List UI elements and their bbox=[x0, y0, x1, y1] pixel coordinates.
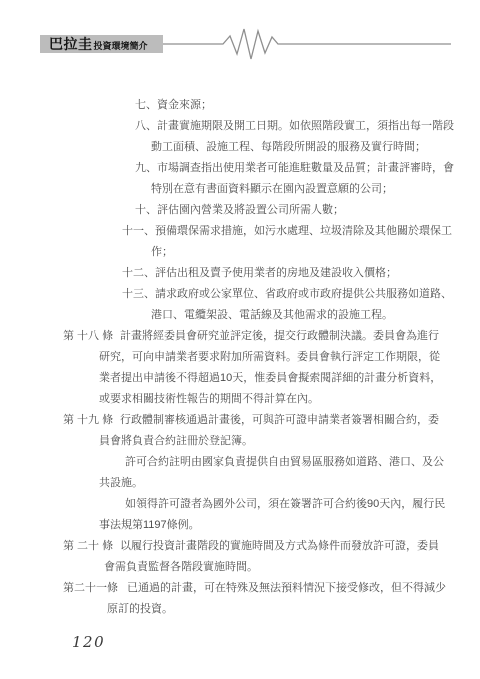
text-line: 計畫將經委員會研究並評定後，提交行政體制決議。委員會為進行 bbox=[120, 330, 439, 342]
text-line: 員會將負責合約註冊於登記簿。 bbox=[99, 431, 480, 452]
article-number: 第 十八 條 bbox=[63, 326, 120, 347]
document-page: 巴拉圭 投資環境簡介 七、資金來源； 八、計畫實施期限及開工日期。如依照階段實工… bbox=[0, 0, 480, 679]
text-line: 十、評估園內營業及將設置公司所需人數； bbox=[135, 200, 480, 221]
article-number: 第 二十 條 bbox=[63, 536, 120, 557]
text-line: 已通過的計畫，可在特殊及無法預料情況下接受修改，但不得減少 bbox=[127, 582, 446, 594]
page-header: 巴拉圭 投資環境簡介 bbox=[0, 35, 480, 55]
text-line: 會需負責監督各階段實施時間。 bbox=[104, 557, 480, 578]
text-line: 如領得許可證者為國外公司，須在簽署許可合約後90天內，履行民 bbox=[125, 494, 480, 515]
article-row: 第二十一條已通過的計畫，可在特殊及無法預料情況下接受修改，但不得減少 bbox=[63, 578, 480, 599]
article-number: 第二十一條 bbox=[63, 578, 127, 599]
text-line: 以履行投資計畫階段的實施時間及方式為條件而發放許可證，委員 bbox=[120, 540, 439, 552]
text-line: 共設施。 bbox=[99, 473, 480, 494]
text-line: 原訂的投資。 bbox=[107, 599, 480, 620]
text-line: 行政體制審核通過計畫後，可與許可證申請業者簽署相關合約，委 bbox=[120, 414, 439, 426]
text-line: 業者提出申請後不得超過10天，惟委員會擬索閱詳細的計畫分析資料， bbox=[99, 368, 480, 389]
article-row: 第 二十 條以履行投資計畫階段的實施時間及方式為條件而發放許可證，委員 bbox=[63, 536, 480, 557]
page-number: 120 bbox=[72, 633, 105, 651]
text-line: 事法規第1197條例。 bbox=[99, 515, 480, 536]
text-line: 許可合約註明由國家負責提供自由貿易區服務如道路、港口、及公 bbox=[125, 452, 480, 473]
article-number: 第 十九 條 bbox=[63, 410, 120, 431]
text-line: 十二、評估出租及賣予使用業者的房地及建設收入價格； bbox=[122, 263, 480, 284]
text-line: 八、計畫實施期限及開工日期。如依照階段實工，須指出每一階段 bbox=[135, 116, 480, 137]
text-line: 十三、請求政府或公家單位、省政府或市政府提供公共服務如道路、 bbox=[122, 284, 480, 305]
text-line: 作； bbox=[151, 242, 480, 263]
text-line: 港口、電纜架設、電話線及其他需求的設施工程。 bbox=[151, 305, 480, 326]
text-line: 或要求相關技術性報告的期間不得計算在內。 bbox=[99, 389, 480, 410]
book-title: 巴拉圭 bbox=[49, 34, 93, 54]
text-line: 研究，可向申請業者要求附加所需資料。委員會執行評定工作期限，從 bbox=[99, 347, 480, 368]
book-subtitle: 投資環境簡介 bbox=[94, 39, 148, 52]
text-line: 十一、預備環保需求措施，如污水處理、垃圾清除及其他關於環保工 bbox=[122, 221, 480, 242]
text-line: 特別在意有書面資料顯示在園內設置意願的公司； bbox=[151, 179, 480, 200]
text-line: 七、資金來源； bbox=[135, 95, 480, 116]
text-line: 九、市場調查指出使用業者可能進駐數量及品質；計畫評審時，會 bbox=[135, 158, 480, 179]
body-text: 七、資金來源； 八、計畫實施期限及開工日期。如依照階段實工，須指出每一階段 動工… bbox=[0, 95, 480, 620]
article-row: 第 十九 條行政體制審核通過計畫後，可與許可證申請業者簽署相關合約，委 bbox=[63, 410, 480, 431]
text-line: 動工面積、設施工程、每階段所開設的服務及實行時間； bbox=[151, 137, 480, 158]
zigzag-divider-icon bbox=[163, 24, 453, 64]
article-row: 第 十八 條計畫將經委員會研究並評定後，提交行政體制決議。委員會為進行 bbox=[63, 326, 480, 347]
header-title-bar: 巴拉圭 投資環境簡介 bbox=[40, 35, 163, 53]
